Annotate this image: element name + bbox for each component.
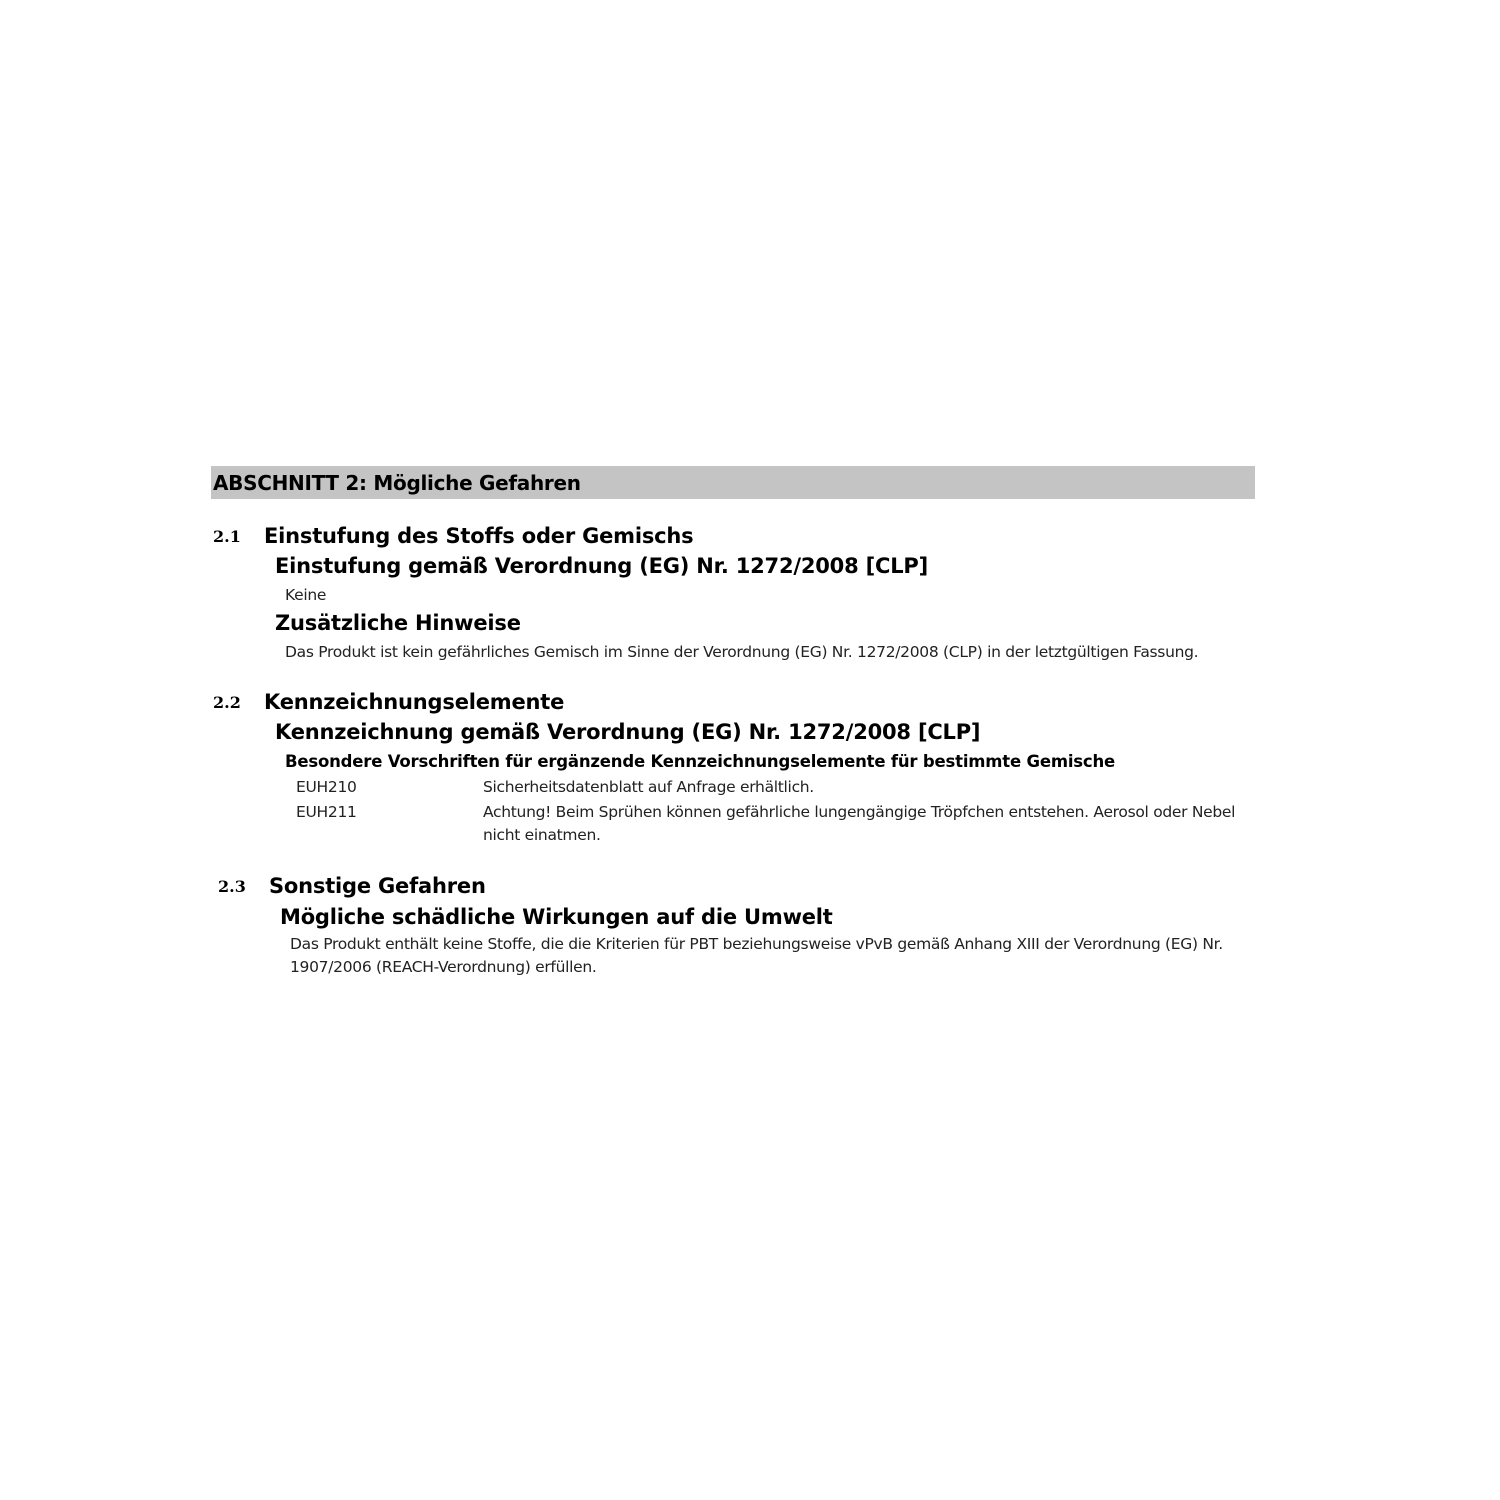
section-header: ABSCHNITT 2: Mögliche Gefahren: [211, 466, 1255, 499]
subsection-title-2-1: Einstufung des Stoffs oder Gemischs: [264, 524, 693, 548]
section-title: ABSCHNITT 2: Mögliche Gefahren: [213, 471, 581, 495]
additional-notes-heading: Zusätzliche Hinweise: [275, 611, 521, 635]
classification-value: Keine: [285, 586, 326, 604]
subsection-number-2-3: 2.3: [218, 877, 246, 896]
additional-notes-text: Das Produkt ist kein gefährliches Gemisc…: [285, 641, 1220, 664]
statement-code: EUH210: [296, 778, 357, 796]
labelling-heading: Kennzeichnung gemäß Verordnung (EG) Nr. …: [275, 720, 980, 744]
environment-effects-text: Das Produkt enthält keine Stoffe, die di…: [290, 933, 1250, 979]
environment-effects-heading: Mögliche schädliche Wirkungen auf die Um…: [280, 905, 833, 929]
subsection-title-2-2: Kennzeichnungselemente: [264, 690, 564, 714]
special-provisions-heading: Besondere Vorschriften für ergänzende Ke…: [285, 752, 1115, 771]
subsection-title-2-3: Sonstige Gefahren: [269, 874, 486, 898]
statement-text: Achtung! Beim Sprühen können gefährliche…: [483, 801, 1263, 847]
statement-text: Sicherheitsdatenblatt auf Anfrage erhält…: [483, 776, 1263, 799]
classification-heading: Einstufung gemäß Verordnung (EG) Nr. 127…: [275, 554, 928, 578]
subsection-number-2-2: 2.2: [213, 693, 241, 712]
subsection-number-2-1: 2.1: [213, 527, 241, 546]
statement-code: EUH211: [296, 803, 357, 821]
